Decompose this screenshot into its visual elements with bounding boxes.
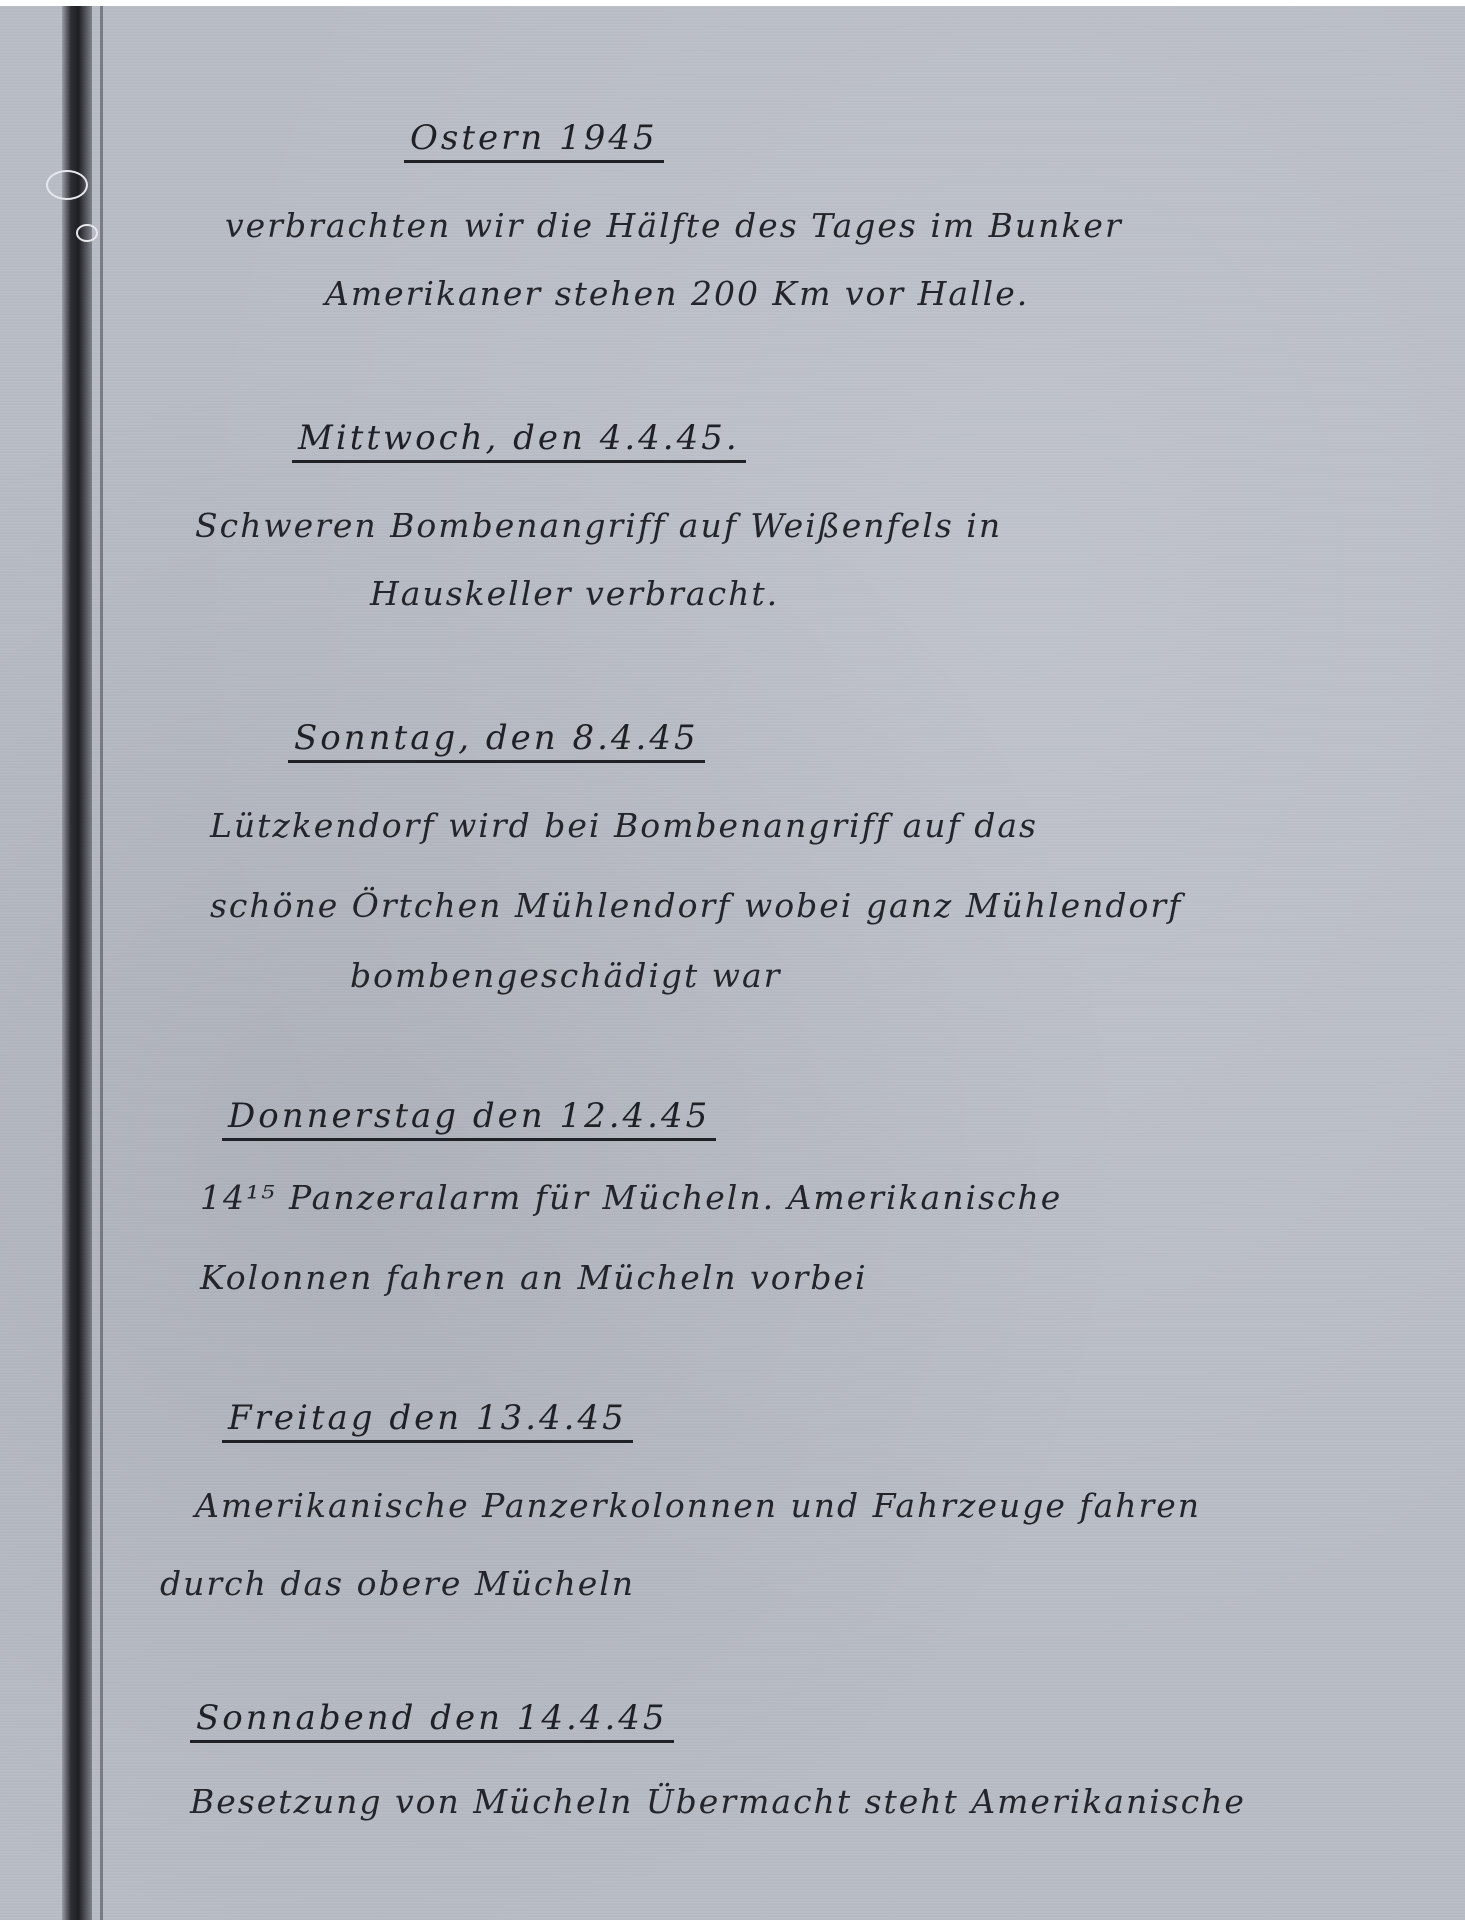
entry-line: Kolonnen fahren an Mücheln vorbei: [200, 1258, 868, 1297]
entry-title-saturday: Sonnabend den 14.4.45: [190, 1698, 674, 1743]
entry-title-easter: Ostern 1945: [404, 118, 664, 163]
diary-page: Ostern 1945 verbrachten wir die Hälfte d…: [0, 6, 1465, 1920]
entry-line: 14¹⁵ Panzeralarm für Mücheln. Amerikanis…: [200, 1178, 1062, 1217]
binding-thread-icon: [46, 170, 88, 200]
entry-title-friday: Freitag den 13.4.45: [222, 1398, 633, 1443]
binding-thread-icon: [76, 224, 98, 242]
entry-line: bombengeschädigt war: [350, 956, 781, 995]
entry-line: Schweren Bombenangriff auf Weißenfels in: [195, 506, 1002, 545]
entry-line: verbrachten wir die Hälfte des Tages im …: [225, 206, 1123, 245]
page-fold-edge: [100, 6, 103, 1920]
binding-spine: [62, 6, 92, 1920]
entry-line: Lützkendorf wird bei Bombenangriff auf d…: [210, 806, 1038, 845]
entry-title-wednesday: Mittwoch, den 4.4.45.: [292, 418, 746, 463]
entry-line: Amerikanische Panzerkolonnen und Fahrzeu…: [195, 1486, 1201, 1525]
entry-line: durch das obere Mücheln: [160, 1564, 635, 1603]
entry-title-thursday: Donnerstag den 12.4.45: [222, 1096, 716, 1141]
entry-line: Amerikaner stehen 200 Km vor Halle.: [325, 274, 1029, 313]
entry-title-sunday: Sonntag, den 8.4.45: [288, 718, 705, 763]
entry-line: schöne Örtchen Mühlendorf wobei ganz Müh…: [210, 886, 1182, 925]
entry-line: Besetzung von Mücheln Übermacht steht Am…: [190, 1782, 1246, 1821]
entry-line: Hauskeller verbracht.: [370, 574, 779, 613]
